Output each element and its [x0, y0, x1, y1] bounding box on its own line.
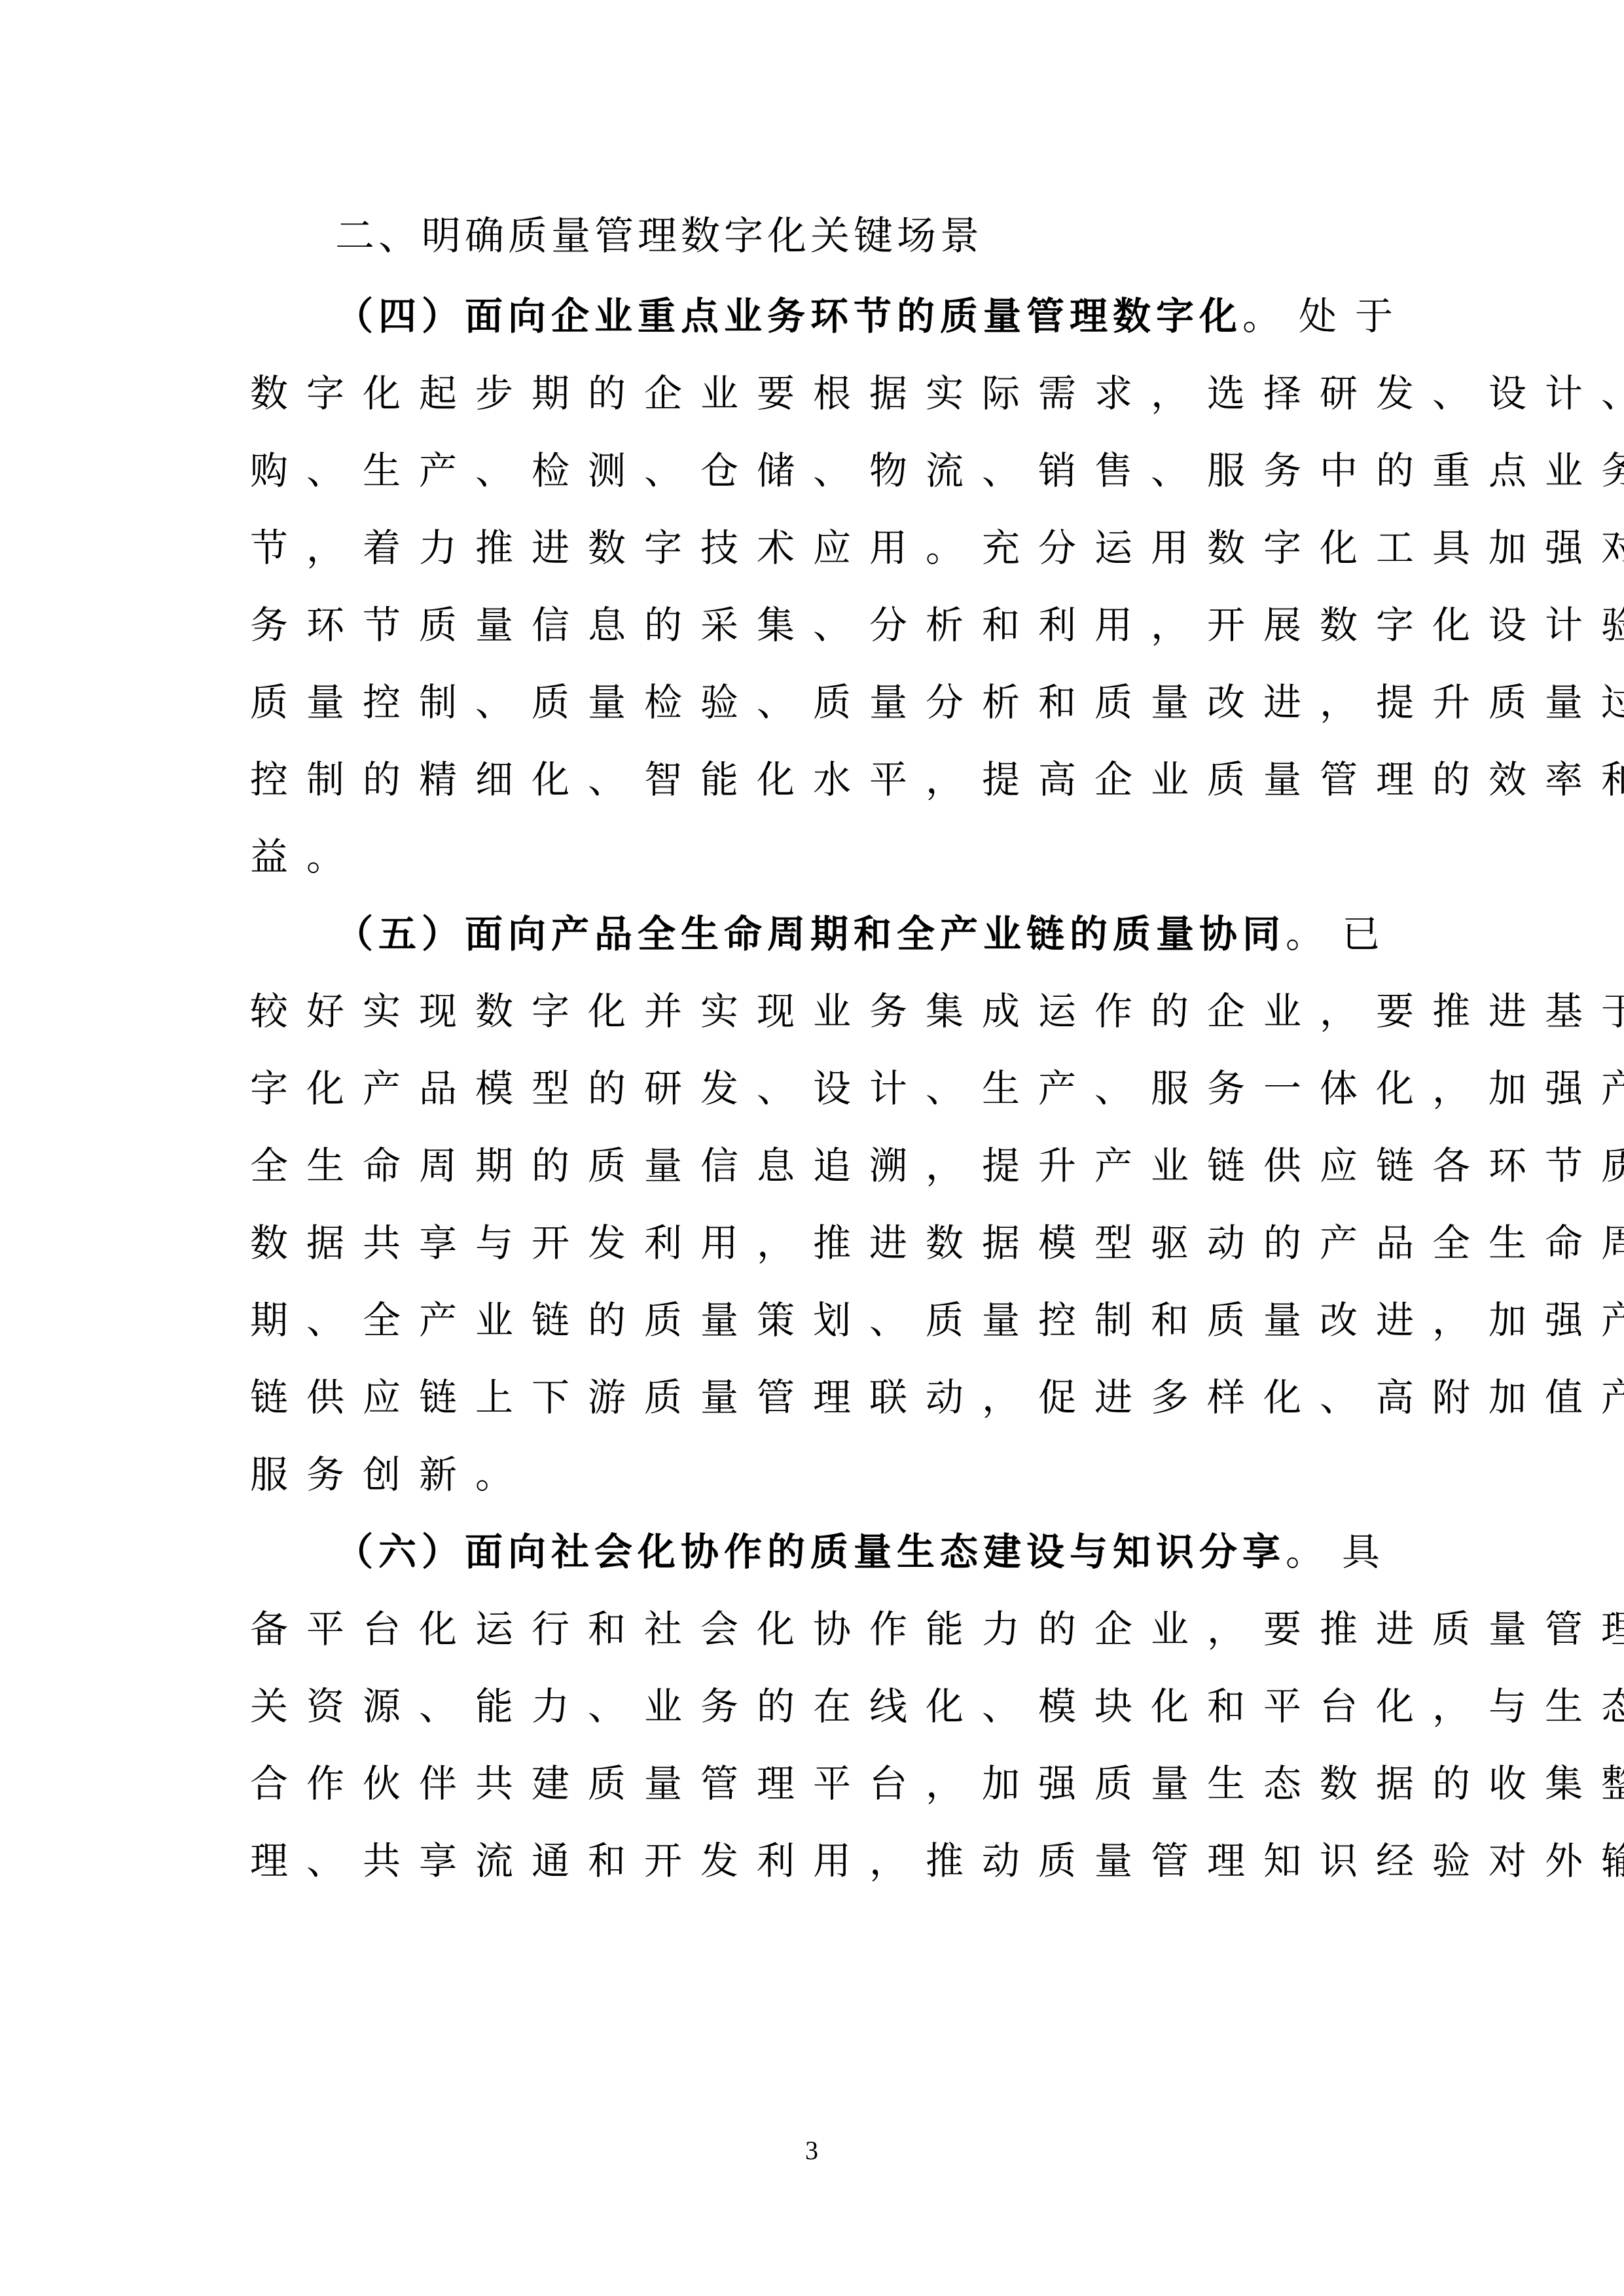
paragraph-line: 备平台化运行和社会化协作能力的企业，要推进质量管理相 [250, 1590, 1376, 1668]
paragraph-line: 益。 [250, 818, 1376, 895]
paragraph-line: 较好实现数字化并实现业务集成运作的企业，要推进基于数 [250, 973, 1376, 1050]
paragraph-line: 控制的精细化、智能化水平，提高企业质量管理的效率和效 [250, 741, 1376, 818]
paragraph-line: 全生命周期的质量信息追溯，提升产业链供应链各环节质量 [250, 1127, 1376, 1204]
paragraph-line: 务环节质量信息的采集、分析和利用，开展数字化设计验证、 [250, 586, 1376, 664]
paragraph-first-line: （四）面向企业重点业务环节的质量管理数字化。处于 [250, 278, 1376, 355]
paragraph-first-line: （六）面向社会化协作的质量生态建设与知识分享。具 [250, 1513, 1376, 1590]
paragraph-line: 字化产品模型的研发、设计、生产、服务一体化，加强产品 [250, 1050, 1376, 1127]
paragraph-text: 。处于 [1242, 294, 1411, 338]
paragraph-title: （六）面向社会化协作的质量生态建设与知识分享 [335, 1530, 1286, 1574]
paragraph-title: （四）面向企业重点业务环节的质量管理数字化 [335, 294, 1242, 338]
paragraph-line: 合作伙伴共建质量管理平台，加强质量生态数据的收集整 [250, 1745, 1376, 1822]
paragraph-line: 链供应链上下游质量管理联动，促进多样化、高附加值产品 [250, 1359, 1376, 1436]
paragraph-line: 购、生产、检测、仓储、物流、销售、服务中的重点业务环 [250, 432, 1376, 509]
paragraph-line: 数字化起步期的企业要根据实际需求，选择研发、设计、采 [250, 355, 1376, 432]
paragraph-6: （六）面向社会化协作的质量生态建设与知识分享。具 备平台化运行和社会化协作能力的… [250, 1513, 1376, 1899]
paragraph-first-line: （五）面向产品全生命周期和全产业链的质量协同。已 [250, 895, 1376, 973]
paragraph-5: （五）面向产品全生命周期和全产业链的质量协同。已 较好实现数字化并实现业务集成运… [250, 895, 1376, 1513]
paragraph-line: 关资源、能力、业务的在线化、模块化和平台化，与生态圈 [250, 1668, 1376, 1745]
document-body: 二、明确质量管理数字化关键场景 （四）面向企业重点业务环节的质量管理数字化。处于… [250, 195, 1376, 1899]
paragraph-text: 。具 [1286, 1530, 1398, 1574]
paragraph-line: 理、共享流通和开发利用，推动质量管理知识经验对外输出 [250, 1822, 1376, 1899]
paragraph-4: （四）面向企业重点业务环节的质量管理数字化。处于 数字化起步期的企业要根据实际需… [250, 278, 1376, 895]
paragraph-line: 节，着力推进数字技术应用。充分运用数字化工具加强对业 [250, 509, 1376, 586]
page-number: 3 [792, 2135, 831, 2166]
paragraph-line: 数据共享与开发利用，推进数据模型驱动的产品全生命周 [250, 1204, 1376, 1282]
paragraph-line: 质量控制、质量检验、质量分析和质量改进，提升质量过程 [250, 664, 1376, 741]
paragraph-title: （五）面向产品全生命周期和全产业链的质量协同 [335, 912, 1286, 956]
paragraph-line: 期、全产业链的质量策划、质量控制和质量改进，加强产业 [250, 1282, 1376, 1359]
paragraph-line: 服务创新。 [250, 1436, 1376, 1513]
section-heading: 二、明确质量管理数字化关键场景 [250, 195, 1376, 278]
document-page: 二、明确质量管理数字化关键场景 （四）面向企业重点业务环节的质量管理数字化。处于… [0, 0, 1624, 2296]
paragraph-text: 。已 [1286, 912, 1398, 956]
